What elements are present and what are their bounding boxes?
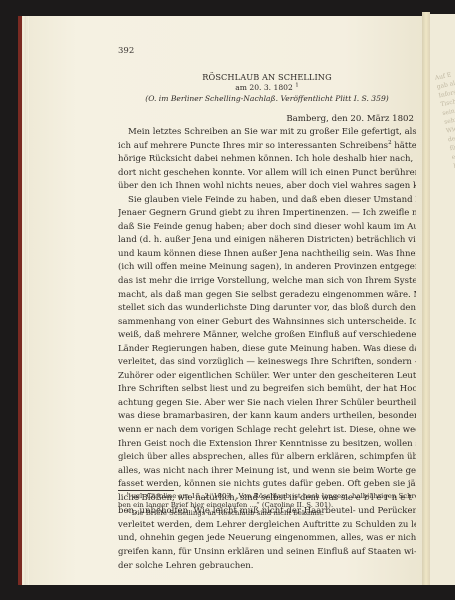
body-line: gleich über alles absprechen, alles für … [118,451,416,465]
place-date: Bamberg, den 20. März 1802 [286,114,414,124]
body-line: über den ich Ihnen wohl nichts neues, ab… [118,180,416,194]
body-line: Länder Regierungen haben, diese gute Mei… [118,343,416,357]
letter-title: RÖSCHLAUB AN SCHELLING [118,72,416,82]
body-line: daß Sie Feinde genug haben; aber doch si… [118,221,416,235]
footnotes: 1 vgl. Caroline am 15. 2. 1803: „Von Rös… [118,492,416,518]
body-line: sammenhang von einer Geburt des Wahnsinn… [118,316,416,330]
body-line: dort nicht geschehen konnte. Vor allem w… [118,167,416,181]
footnote-ref-2: 2 [388,140,392,146]
body-line: was diese bramarbasiren, der kann kaum a… [118,410,416,424]
body-line: Sie glauben viele Feinde zu haben, und d… [118,194,416,208]
body-line: verleitet, das sind vorzüglich — keinesw… [118,356,416,370]
page-number: 392 [118,46,134,56]
source-note: (O. im Berliner Schelling-Nachlaß. Veröf… [118,94,416,103]
body-line: Zuhörer oder eigentlichen Schüler. Wer u… [118,370,416,384]
body-line: Ihren Geist noch die Extension Ihrer Ken… [118,438,416,452]
body-line: ich auf mehrere Puncte Ihres mir so inte… [118,140,416,154]
body-line: und, ohnehin gegen jede Neuerung eingeno… [118,532,416,546]
body-line: Ihre Schriften selbst liest und zu begre… [118,383,416,397]
body-line: Mein letztes Schreiben an Sie war mit zu… [118,126,416,140]
letter-date-text: am 20. 3. 1802 [235,83,293,92]
footnote-2: 2 Die Briefe Schellings an Röschlaub sin… [118,509,416,518]
body-line: achtung gegen Sie. Aber wer Sie nach vie… [118,397,416,411]
next-page-sliver: Auf E gab al Infors Tische sein w sehr a… [430,14,455,586]
body-line: das ist mehr die irrige Vorstellung, wel… [118,275,416,289]
body-line: und kaum können diese Ihnen außer Jena n… [118,248,416,262]
body-line: stellet sich das wunderlichste Ding daru… [118,302,416,316]
body-line: greifen kann, für Unsinn erklären und se… [118,546,416,560]
body-line: hörige Rücksicht dabei nehmen können. Ic… [118,153,416,167]
background-surface [0,585,455,600]
body-line: verleitet werden, dem Lehrer dergleichen… [118,519,416,533]
letter-date: am 20. 3. 1802 1 [118,83,416,92]
book-gutter [422,12,430,585]
body-line: Jenaer Gegnern Grund giebt zu ihren Impe… [118,207,416,221]
footnote-1-cont: ben ein langer Brief hier eingelaufen ..… [118,501,416,510]
next-page-bleed-text: Auf E gab al Infors Tische sein w sehr a… [434,66,455,189]
footnote-ref-1: 1 [295,82,299,88]
footnote-divider [118,490,174,491]
body-line: weiß, daß mehrere Männer, welche großen … [118,329,416,343]
body-line: land (d. h. außer Jena und einigen näher… [118,234,416,248]
body-line: der solche Lehren gebrauchen. [118,560,416,574]
footnote-1: 1 vgl. Caroline am 15. 2. 1803: „Von Rös… [118,492,416,501]
body-line: (ich will offen meine Meinung sagen), in… [118,261,416,275]
body-line: macht, als daß man gegen Sie selbst gera… [118,289,416,303]
body-line: alles, was nicht nach ihrer Meinung ist,… [118,465,416,479]
body-line: wenn er nach dem vorigen Schlage recht g… [118,424,416,438]
